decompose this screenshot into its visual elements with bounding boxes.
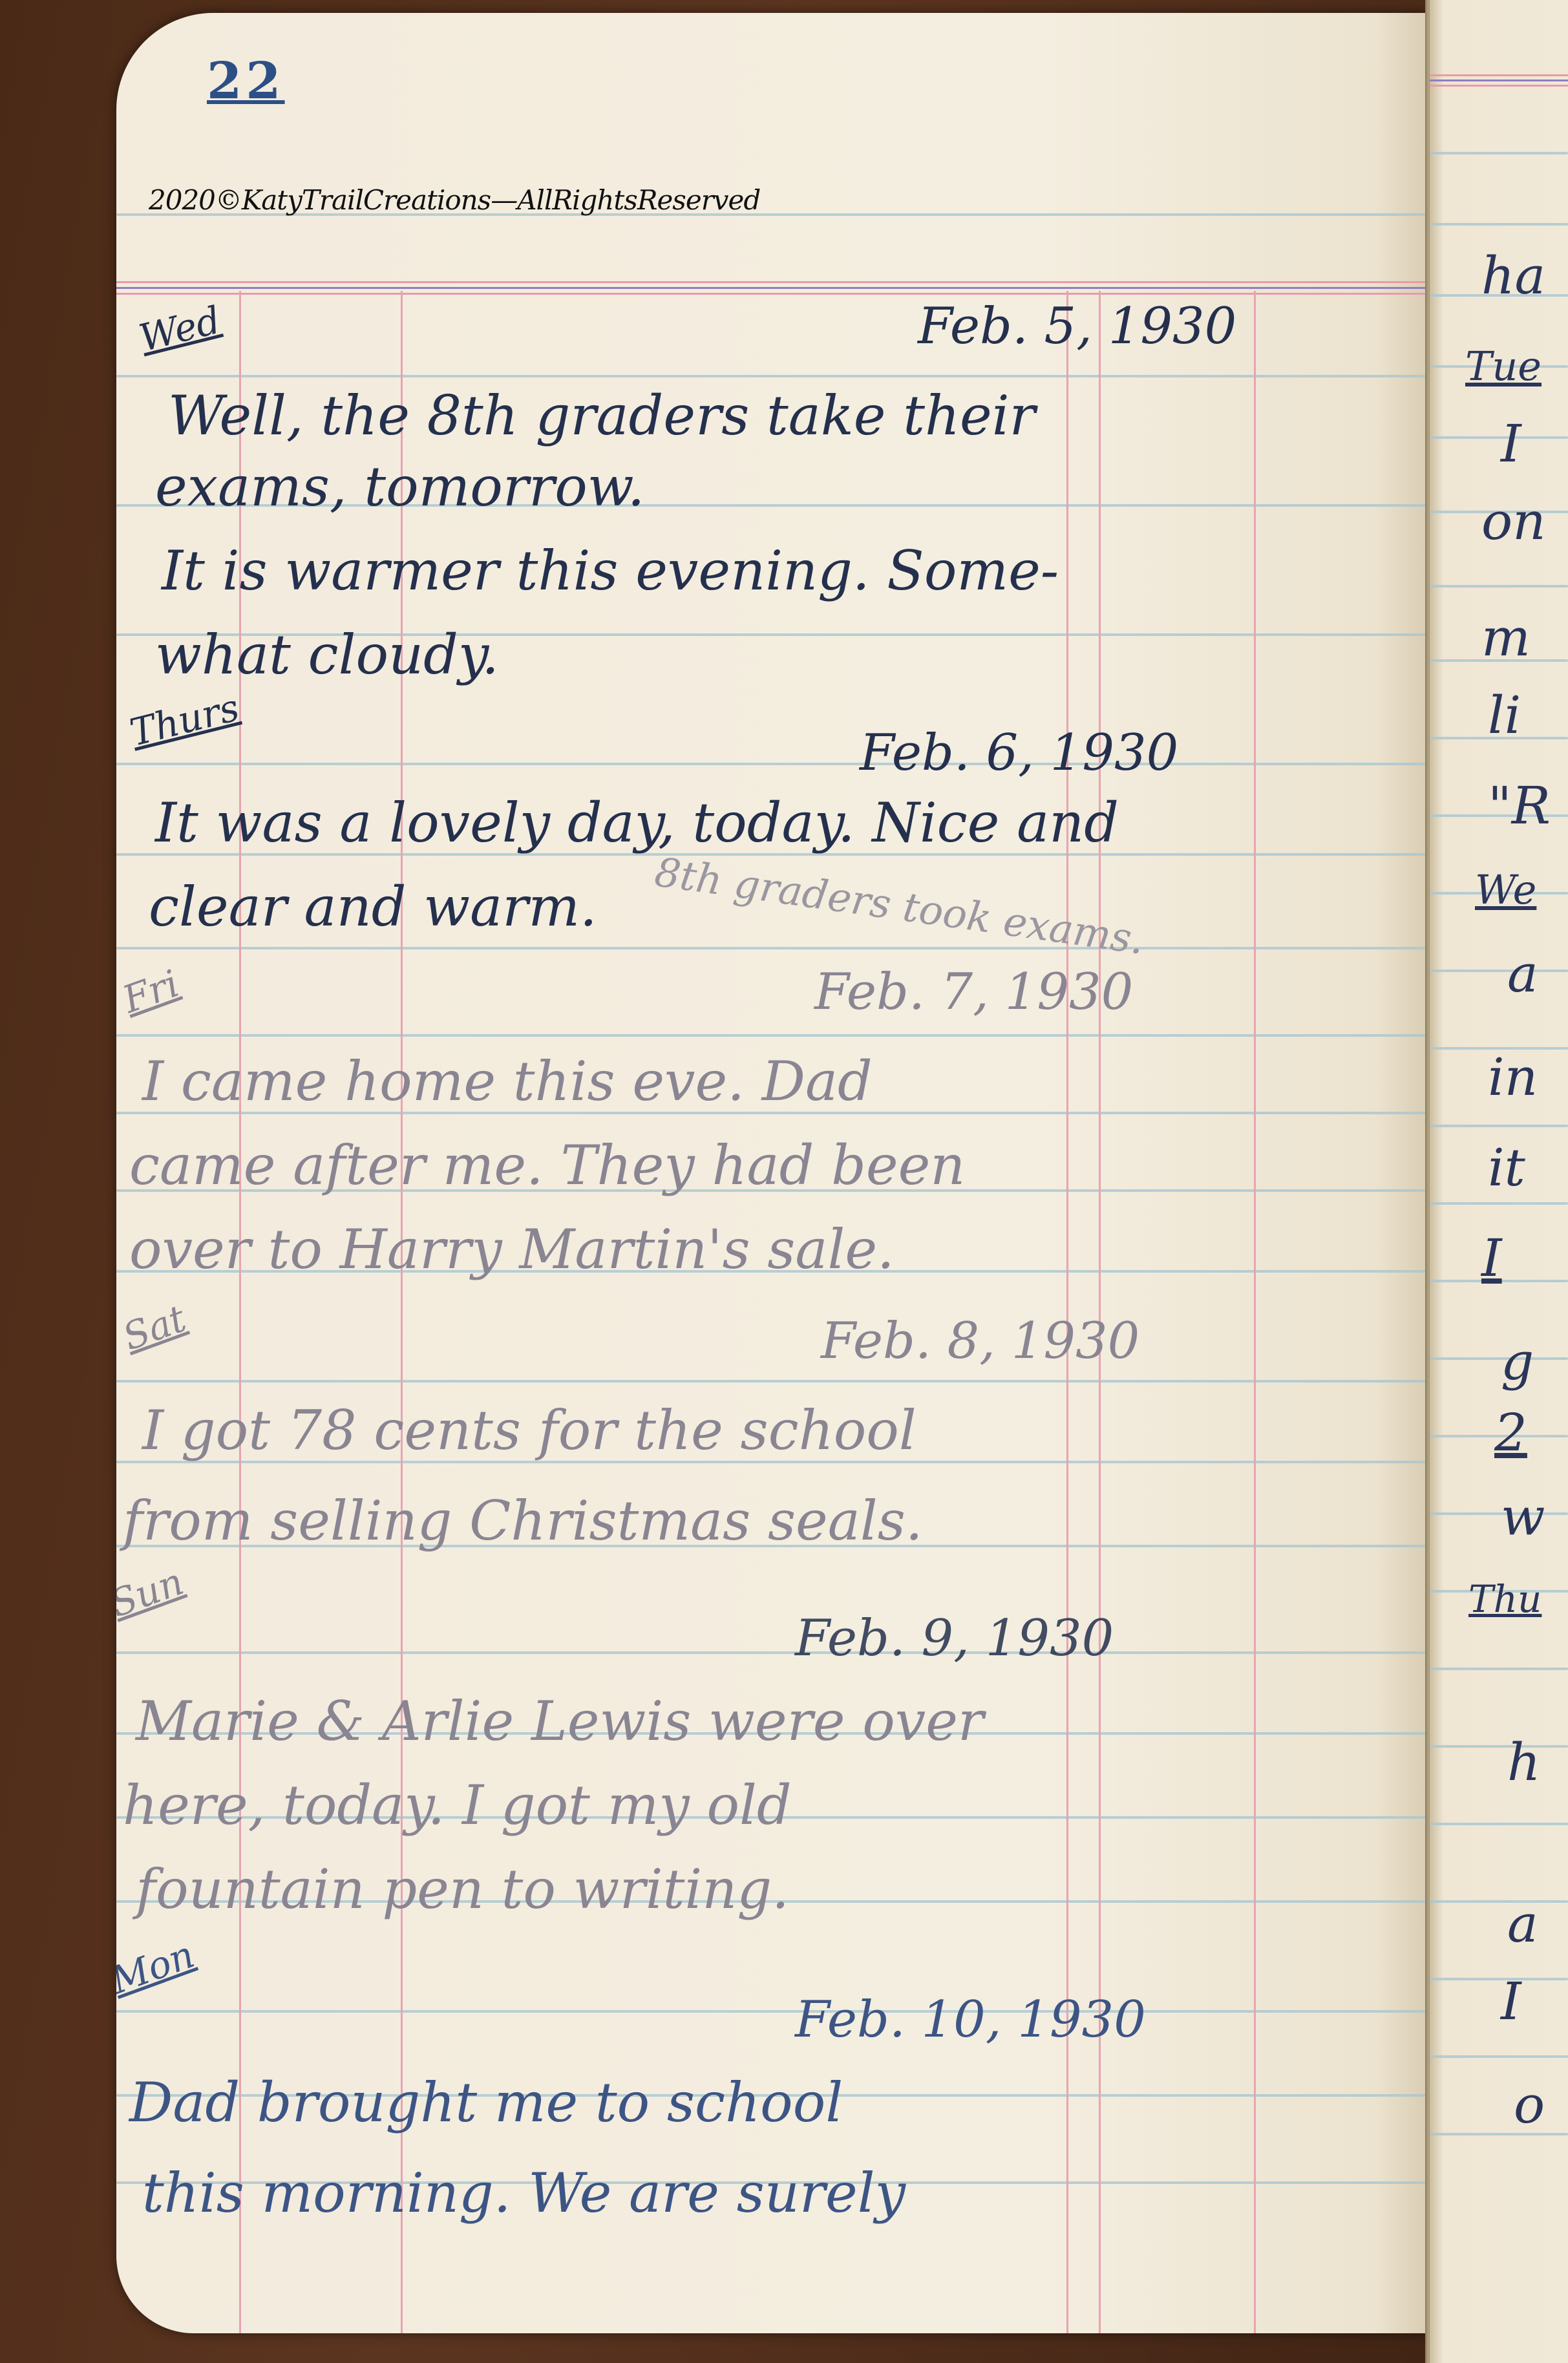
entry-line: It was a lovely day, today. Nice and xyxy=(155,789,1119,857)
ruled-line xyxy=(1430,1512,1568,1515)
right-page-fragment: m xyxy=(1481,608,1531,668)
right-page-fragment: it xyxy=(1488,1138,1525,1198)
entry-line: what cloudy. xyxy=(155,620,499,689)
header-rule-pink-bottom xyxy=(1430,85,1568,87)
entry-line: Well, the 8th graders take their xyxy=(168,381,1035,450)
entry-line: clear and warm. xyxy=(149,873,597,941)
header-rule-purple xyxy=(1430,79,1568,81)
page-number: 22 xyxy=(207,52,285,111)
ruled-line xyxy=(116,2010,1428,2013)
entry-day-label: Thurs xyxy=(125,685,243,754)
right-page-fragment: in xyxy=(1488,1047,1538,1107)
right-page-fragment: ha xyxy=(1481,246,1545,306)
header-rule-purple xyxy=(116,287,1428,289)
entry-annotation: 8th graders took exams. xyxy=(652,848,1147,964)
ruled-line xyxy=(116,947,1428,949)
ruled-line xyxy=(1430,585,1568,588)
header-rule-pink-bottom xyxy=(116,293,1428,295)
right-page-fragment: li xyxy=(1488,685,1521,745)
entry-day-label: Wed xyxy=(135,298,225,361)
diary-page-left: 22 2020©KatyTrailCreations—AllRightsRese… xyxy=(116,13,1428,2333)
right-page-fragment: We xyxy=(1475,866,1536,913)
entry-date: Feb. 8, 1930 xyxy=(821,1312,1139,1370)
right-page-fragment: w xyxy=(1501,1487,1545,1547)
entry-line: Marie & Arlie Lewis were over xyxy=(136,1687,984,1755)
entry-day-label: Sat xyxy=(117,1296,191,1359)
entry-line: I got 78 cents for the school xyxy=(142,1396,916,1465)
entry-line: It is warmer this evening. Some- xyxy=(162,536,1059,605)
ruled-line xyxy=(1430,1202,1568,1205)
entry-day-label: Sun xyxy=(116,1559,189,1626)
ruled-line xyxy=(116,763,1428,765)
entry-date: Feb. 7, 1930 xyxy=(814,963,1133,1021)
entry-day-label: Fri xyxy=(117,961,185,1021)
ruled-line xyxy=(116,1034,1428,1037)
entry-date: Feb. 9, 1930 xyxy=(795,1609,1114,1668)
right-page-fragment: h xyxy=(1507,1732,1541,1792)
entry-line: from selling Christmas seals. xyxy=(123,1487,923,1555)
entry-line: Dad brought me to school xyxy=(129,2068,843,2137)
right-page-fragment: a xyxy=(1507,1894,1538,1954)
entry-date: Feb. 5, 1930 xyxy=(918,297,1236,355)
ruled-line xyxy=(1430,1357,1568,1360)
right-page-fragment: I xyxy=(1481,1228,1502,1288)
ruled-line xyxy=(1430,1125,1568,1127)
entry-line: fountain pen to writing. xyxy=(136,1855,789,1923)
ruled-line xyxy=(1430,436,1568,439)
right-page-fragment: 2 xyxy=(1494,1403,1527,1463)
entry-day-label: Mon xyxy=(116,1933,200,2003)
entry-line: I came home this eve. Dad xyxy=(142,1047,873,1116)
ruled-line xyxy=(1430,970,1568,972)
right-page-fragment: o xyxy=(1514,2075,1545,2135)
ruled-line xyxy=(1430,152,1568,154)
ruled-line xyxy=(1430,2133,1568,2135)
header-rule-pink-top xyxy=(116,281,1428,283)
entry-line: this morning. We are surely xyxy=(142,2159,906,2227)
diary-page-right: ha Tue I on m li "R We a in it I g 2 w T… xyxy=(1430,0,1568,2363)
right-page-fragment: I xyxy=(1501,414,1521,474)
ruled-line xyxy=(116,1380,1428,1383)
column-line xyxy=(1254,291,1256,2333)
right-page-fragment: g xyxy=(1501,1331,1534,1392)
entry-line: exams, tomorrow. xyxy=(155,452,644,521)
ruled-line xyxy=(1430,1745,1568,1748)
right-page-fragment: Tue xyxy=(1465,343,1542,390)
entry-line: here, today. I got my old xyxy=(123,1771,792,1839)
copyright-watermark: 2020©KatyTrailCreations—AllRightsReserve… xyxy=(149,184,760,216)
right-page-fragment: "R xyxy=(1488,776,1551,836)
ruled-line xyxy=(116,375,1428,377)
right-page-fragment: a xyxy=(1507,944,1538,1004)
ruled-line xyxy=(1430,1823,1568,1825)
ruled-line xyxy=(1430,223,1568,226)
ruled-line xyxy=(1430,1978,1568,1980)
ruled-line xyxy=(116,1651,1428,1654)
ruled-line xyxy=(1430,1668,1568,1670)
right-page-fragment: I xyxy=(1501,1971,1521,2031)
ruled-line xyxy=(1430,2055,1568,2058)
entry-date: Feb. 10, 1930 xyxy=(795,1991,1146,2049)
ruled-line xyxy=(1430,1900,1568,1903)
entry-line: came after me. They had been xyxy=(129,1131,965,1200)
header-rule-pink-top xyxy=(1430,74,1568,76)
entry-date: Feb. 6, 1930 xyxy=(860,724,1178,782)
right-page-fragment: on xyxy=(1481,491,1546,551)
right-page-fragment: Thu xyxy=(1468,1577,1542,1621)
entry-line: over to Harry Martin's sale. xyxy=(129,1215,895,1284)
